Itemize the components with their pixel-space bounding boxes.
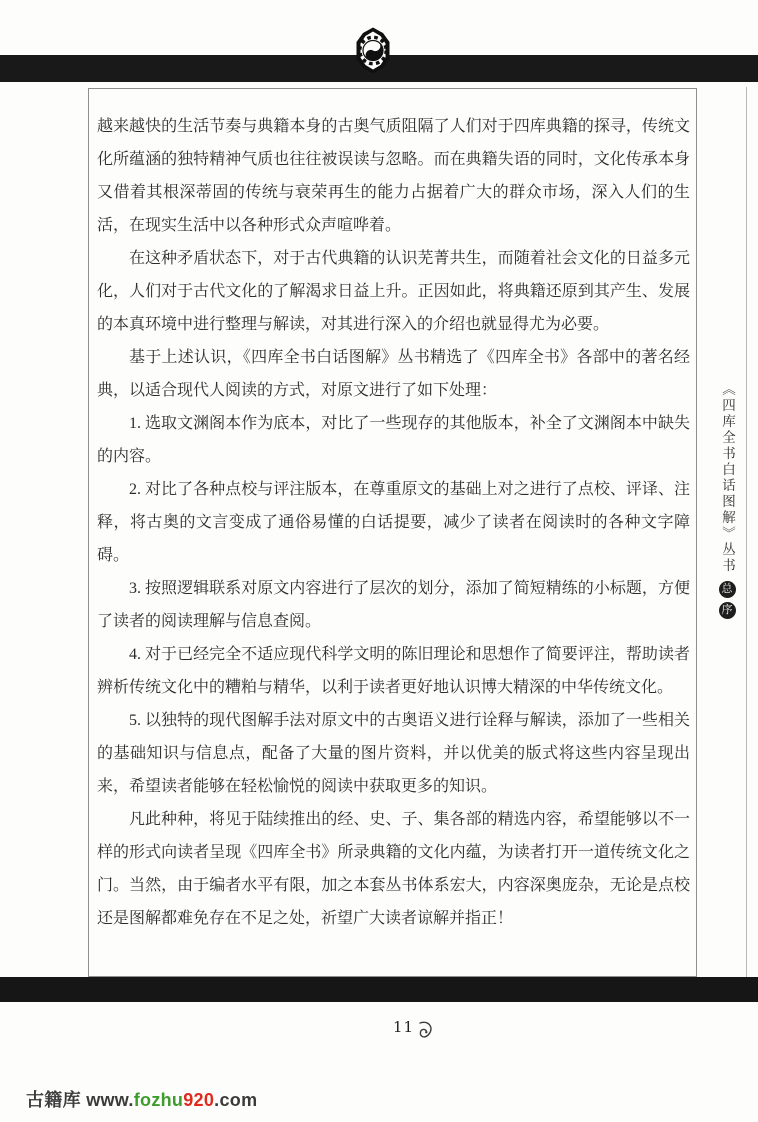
series-title-vertical: 《四库全书白话图解》丛书 bbox=[717, 382, 737, 574]
page-number-block: 11 bbox=[393, 1018, 437, 1044]
list-item-4: 4. 对于已经完全不适应现代科学文明的陈旧理论和思想作了简要评注，帮助读者辨析传… bbox=[97, 638, 690, 704]
right-margin-title: 《四库全书白话图解》丛书 总 序 bbox=[714, 382, 740, 619]
scanned-book-page: 越来越快的生活节奏与典籍本身的古奥气质阻隔了人们对于四库典籍的探寻，传统文化所蕴… bbox=[0, 0, 758, 1122]
bagua-taiji-icon bbox=[356, 27, 390, 74]
badge-xu: 序 bbox=[719, 602, 736, 619]
text-frame: 越来越快的生活节奏与典籍本身的古奥气质阻隔了人们对于四库典籍的探寻，传统文化所蕴… bbox=[88, 88, 697, 977]
preface-text: 越来越快的生活节奏与典籍本身的古奥气质阻隔了人们对于四库典籍的探寻，传统文化所蕴… bbox=[89, 89, 696, 935]
site-watermark: 古籍库 www.fozhu920.com bbox=[26, 1086, 257, 1112]
list-item-5: 5. 以独特的现代图解手法对原文中的古奥语义进行诠释与解读，添加了一些相关的基础… bbox=[97, 704, 690, 803]
watermark-green: fozhu bbox=[134, 1090, 183, 1110]
badge-zong: 总 bbox=[719, 581, 736, 598]
flourish-icon bbox=[417, 1020, 437, 1044]
list-item-3: 3. 按照逻辑联系对原文内容进行了层次的划分，添加了简短精练的小标题，方便了读者… bbox=[97, 572, 690, 638]
paragraph: 越来越快的生活节奏与典籍本身的古奥气质阻隔了人们对于四库典籍的探寻，传统文化所蕴… bbox=[97, 110, 690, 242]
list-item-2: 2. 对比了各种点校与评注版本，在尊重原文的基础上对之进行了点校、评译、注释，将… bbox=[97, 473, 690, 572]
paragraph: 凡此种种，将见于陆续推出的经、史、子、集各部的精选内容，希望能够以不一样的形式向… bbox=[97, 803, 690, 935]
list-item-1: 1. 选取文渊阁本作为底本，对比了一些现存的其他版本，补全了文渊阁本中缺失的内容… bbox=[97, 407, 690, 473]
paragraph: 基于上述认识，《四库全书白话图解》丛书精选了《四库全书》各部中的著名经典，以适合… bbox=[97, 341, 690, 407]
watermark-red: 920 bbox=[183, 1090, 214, 1110]
watermark-suffix: .com bbox=[214, 1090, 257, 1110]
watermark-prefix: 古籍库 www. bbox=[26, 1090, 134, 1110]
paragraph: 在这种矛盾状态下，对于古代典籍的认识芜菁共生，而随着社会文化的日益多元化，人们对… bbox=[97, 242, 690, 341]
page-number: 11 bbox=[393, 1018, 414, 1036]
bottom-black-band bbox=[0, 977, 758, 1002]
page-edge-line bbox=[746, 87, 747, 977]
